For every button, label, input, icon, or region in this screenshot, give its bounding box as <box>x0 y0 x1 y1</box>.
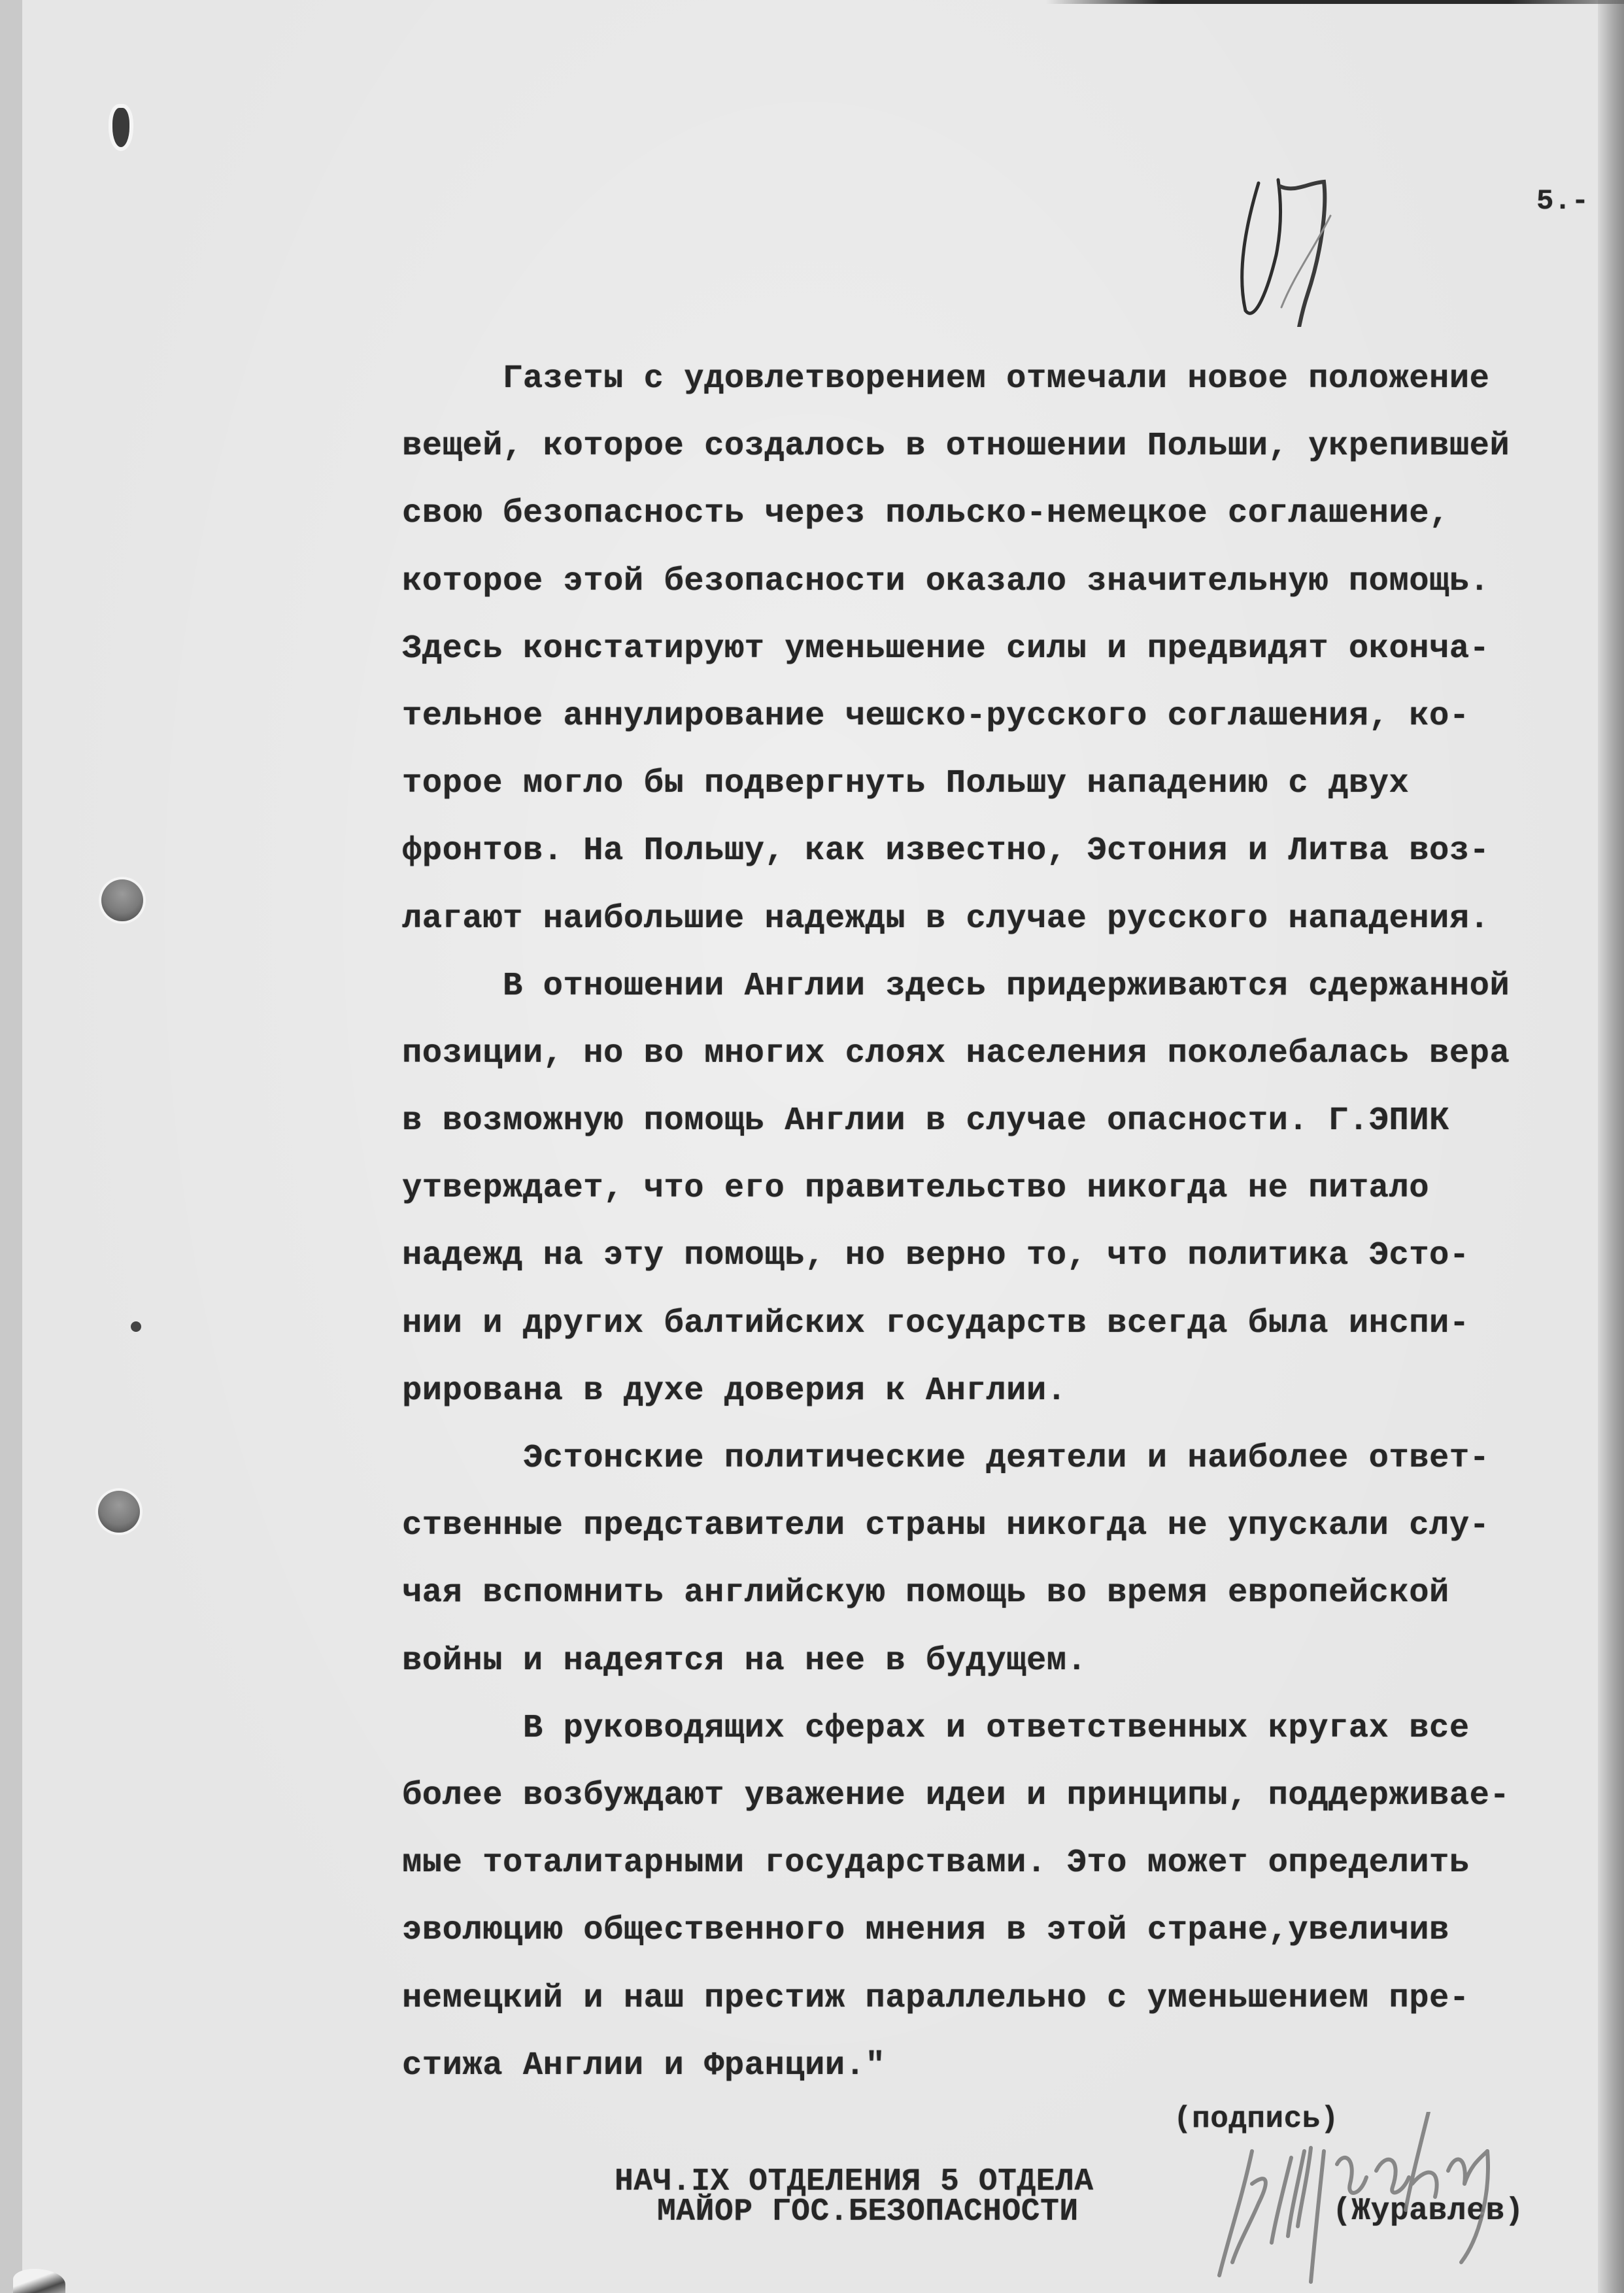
text-line: Здесь констатируют уменьшение силы и пре… <box>402 615 1624 683</box>
text-line: В отношении Англии здесь придерживаются … <box>402 953 1624 1020</box>
torn-staple-hole-icon <box>112 108 129 147</box>
text-line: более возбуждают уважение идеи и принцип… <box>402 1762 1624 1829</box>
text-line: позиции, но во многих слоях населения по… <box>402 1020 1624 1087</box>
document-body: Газеты с удовлетворением отмечали новое … <box>402 345 1624 2099</box>
scan-background-strip <box>0 0 24 2293</box>
handwritten-folio-number <box>1229 177 1360 327</box>
ink-speck <box>131 1321 141 1332</box>
text-line: торое могло бы подвергнуть Польшу нападе… <box>402 750 1624 817</box>
page-number: 5.- <box>1536 185 1589 218</box>
punch-hole-icon <box>101 879 143 921</box>
text-line: нии и других балтийских государств всегд… <box>402 1290 1624 1357</box>
punch-hole-icon <box>98 1491 140 1533</box>
text-line: Эстонские политические деятели и наиболе… <box>402 1425 1624 1492</box>
text-line: стижа Англии и Франции." <box>402 2032 1624 2099</box>
text-line: немецкий и наш престиж параллельно с уме… <box>402 1965 1624 2032</box>
text-line: утверждает, что его правительство никогд… <box>402 1155 1624 1222</box>
text-line: фронтов. На Польшу, как известно, Эстони… <box>402 817 1624 885</box>
text-line: свою безопасность через польско-немецкое… <box>402 480 1624 547</box>
text-line: мые тоталитарными государствами. Это мож… <box>402 1829 1624 1897</box>
text-line: рирована в духе доверия к Англии. <box>402 1357 1624 1425</box>
text-line: тельное аннулирование чешско-русского со… <box>402 683 1624 750</box>
text-line: в возможную помощь Англии в случае опасн… <box>402 1087 1624 1155</box>
text-line: лагают наибольшие надежды в случае русск… <box>402 885 1624 953</box>
text-line: В руководящих сферах и ответственных кру… <box>402 1695 1624 1762</box>
text-line: Газеты с удовлетворением отмечали новое … <box>402 345 1624 413</box>
text-line: которое этой безопасности оказало значит… <box>402 548 1624 615</box>
text-line: ственные представители страны никогда не… <box>402 1492 1624 1559</box>
handwritten-signature <box>1213 2112 1566 2288</box>
text-line: надежд на эту помощь, но верно то, что п… <box>402 1222 1624 1289</box>
text-line: вещей, которое создалось в отношении Пол… <box>402 413 1624 480</box>
text-line: чая вспомнить английскую помощь во время… <box>402 1559 1624 1627</box>
signer-title-line2: МАЙОР ГОС.БЕЗОПАСНОСТИ <box>657 2194 1079 2230</box>
text-line: эволюцию общественного мнения в этой стр… <box>402 1897 1624 1964</box>
text-line: войны и надеятся на нее в будущем. <box>402 1627 1624 1695</box>
paper-top-edge-shadow <box>1046 0 1624 4</box>
